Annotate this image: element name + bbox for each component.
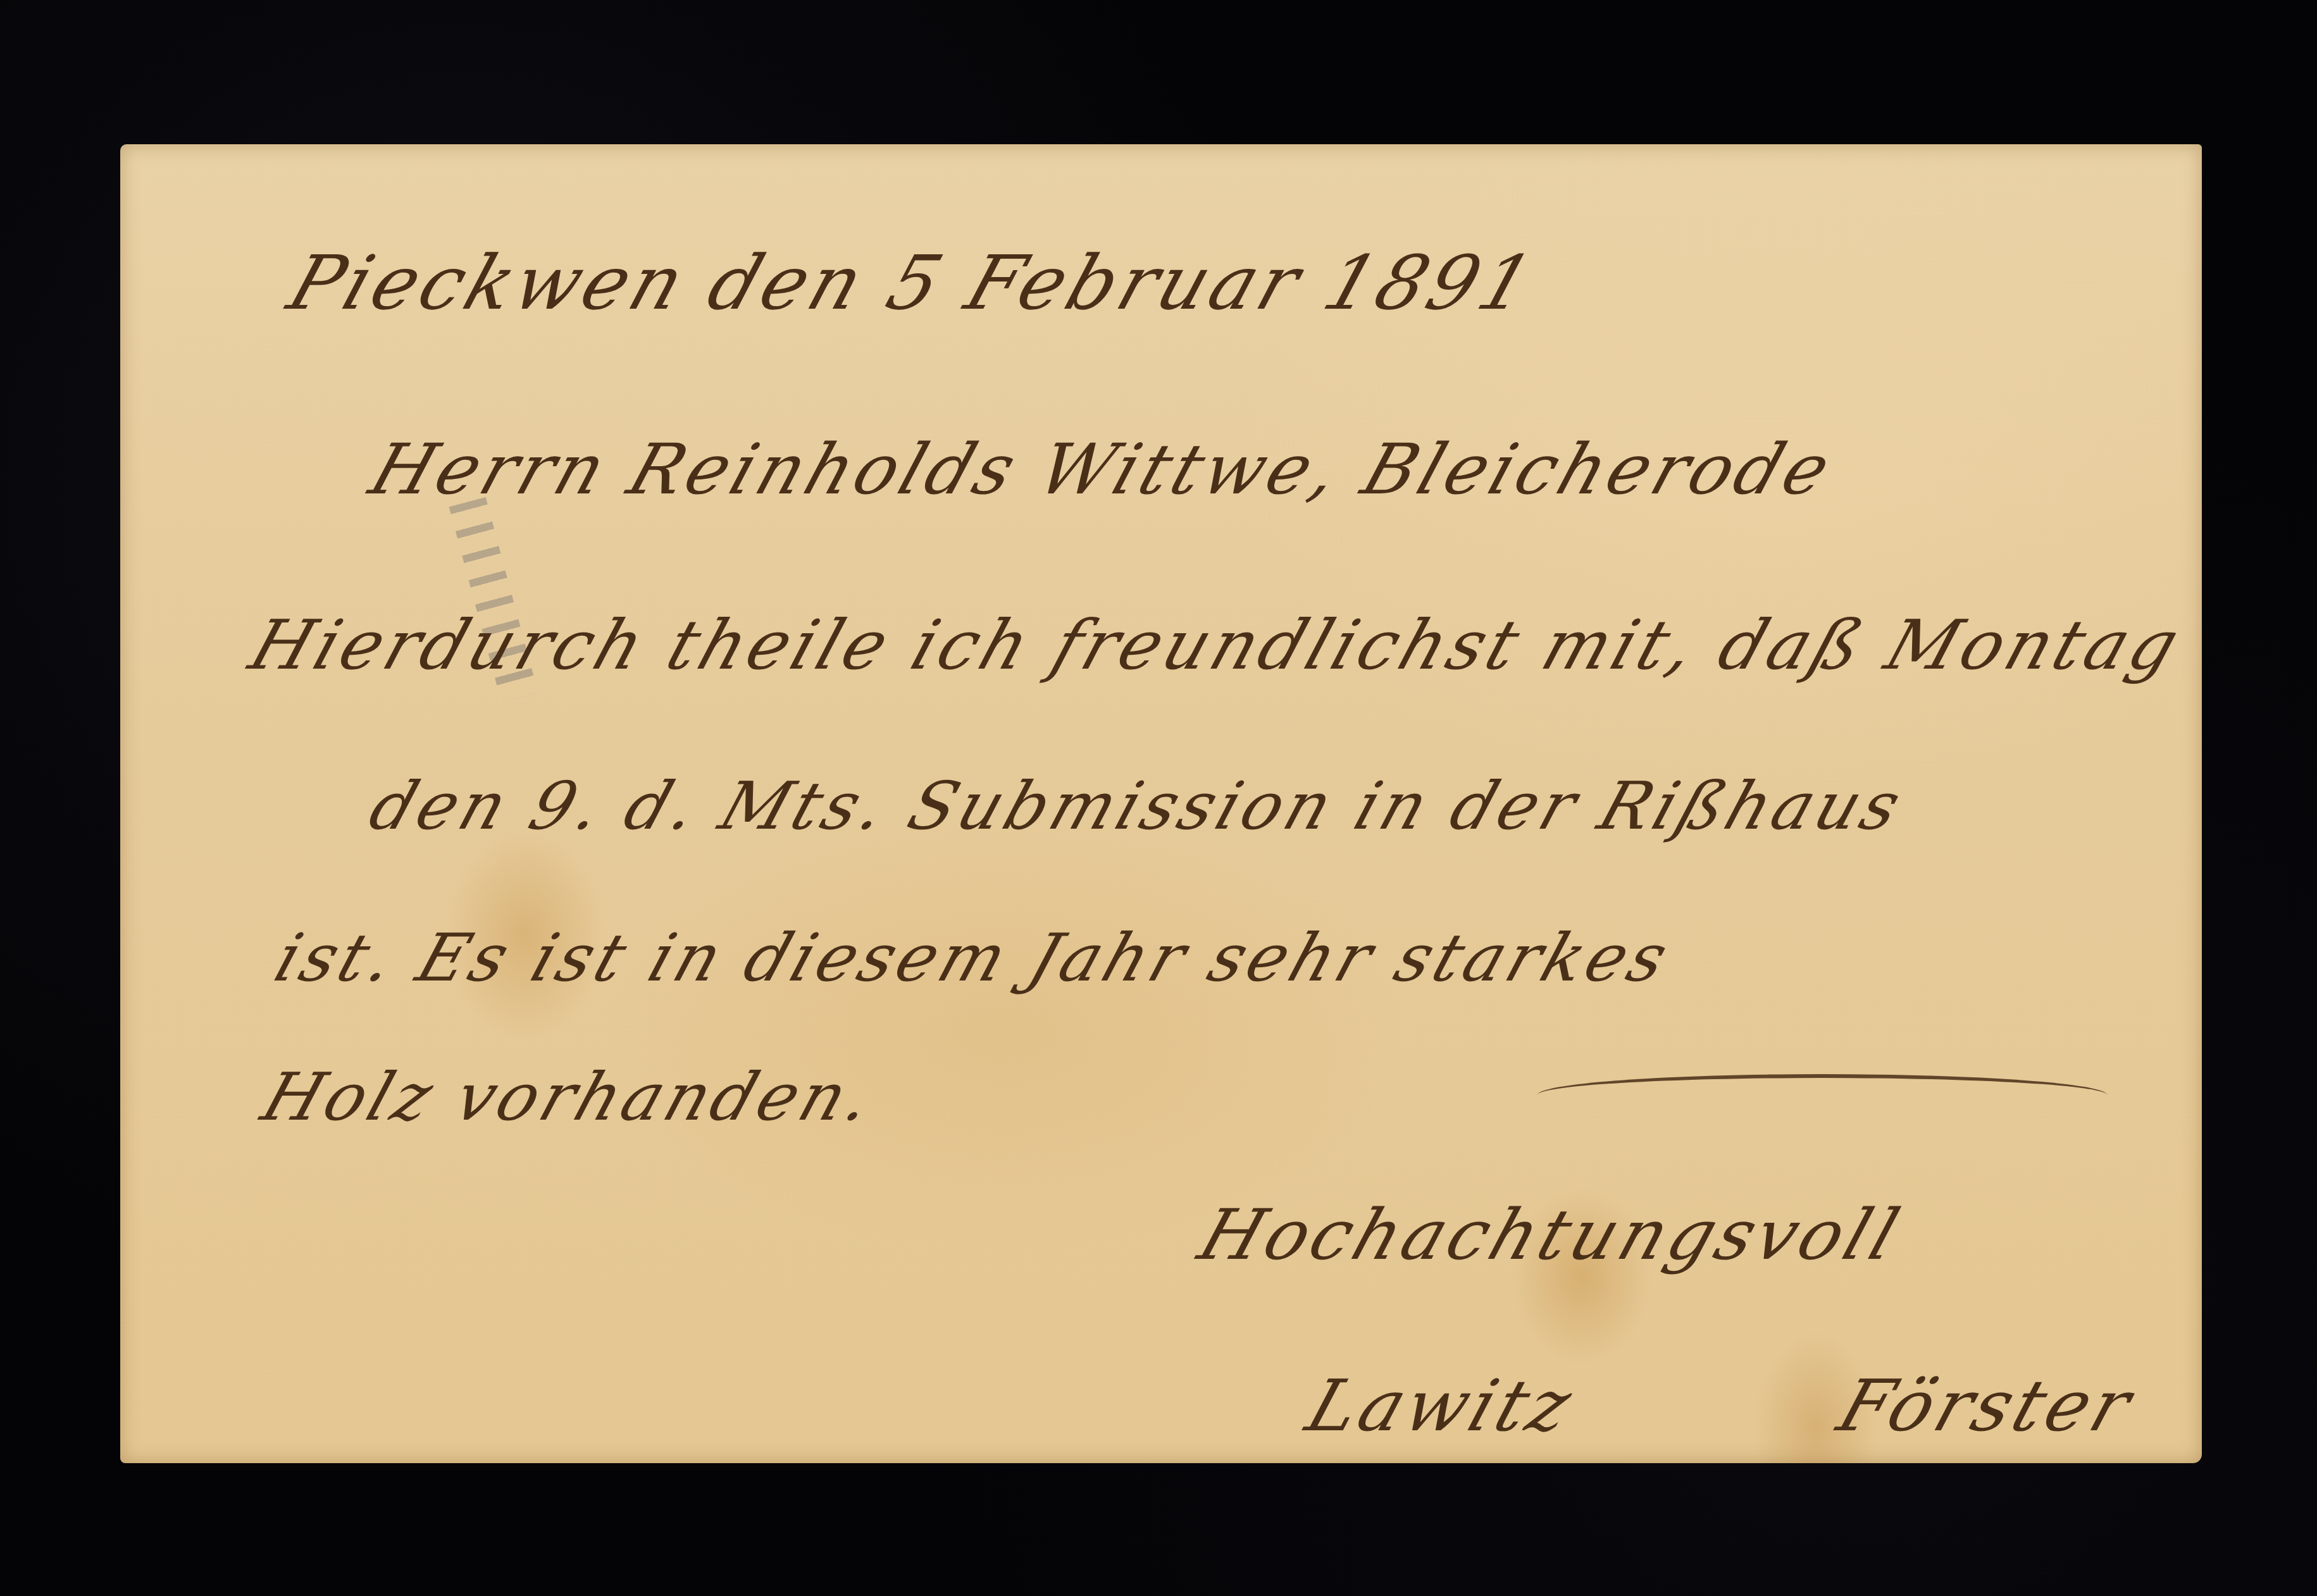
closing-flourish — [1537, 1074, 2107, 1116]
body-line-3: ist. Es ist in diesem Jahr sehr starkes — [266, 919, 1680, 996]
body-line-1: Hierdurch theile ich freundlichst mit, d… — [240, 606, 2192, 685]
place-date-line: Pieckwen den 5 Februar 1891 — [278, 239, 1547, 326]
postcard: Pieckwen den 5 Februar 1891 Herrn Reinho… — [120, 144, 2202, 1463]
signature-title: Förster — [1829, 1365, 2144, 1447]
signature-name: Lawitz — [1297, 1365, 1585, 1447]
body-line-4: Holz vorhanden. — [253, 1058, 885, 1135]
addressee-line: Herrn Reinholds Wittwe, Bleicherode — [361, 429, 1844, 510]
body-line-2: den 9. d. Mts. Submission in der Rißhaus — [361, 767, 1913, 844]
closing-line: Hochachtungsvoll — [1190, 1194, 1912, 1275]
